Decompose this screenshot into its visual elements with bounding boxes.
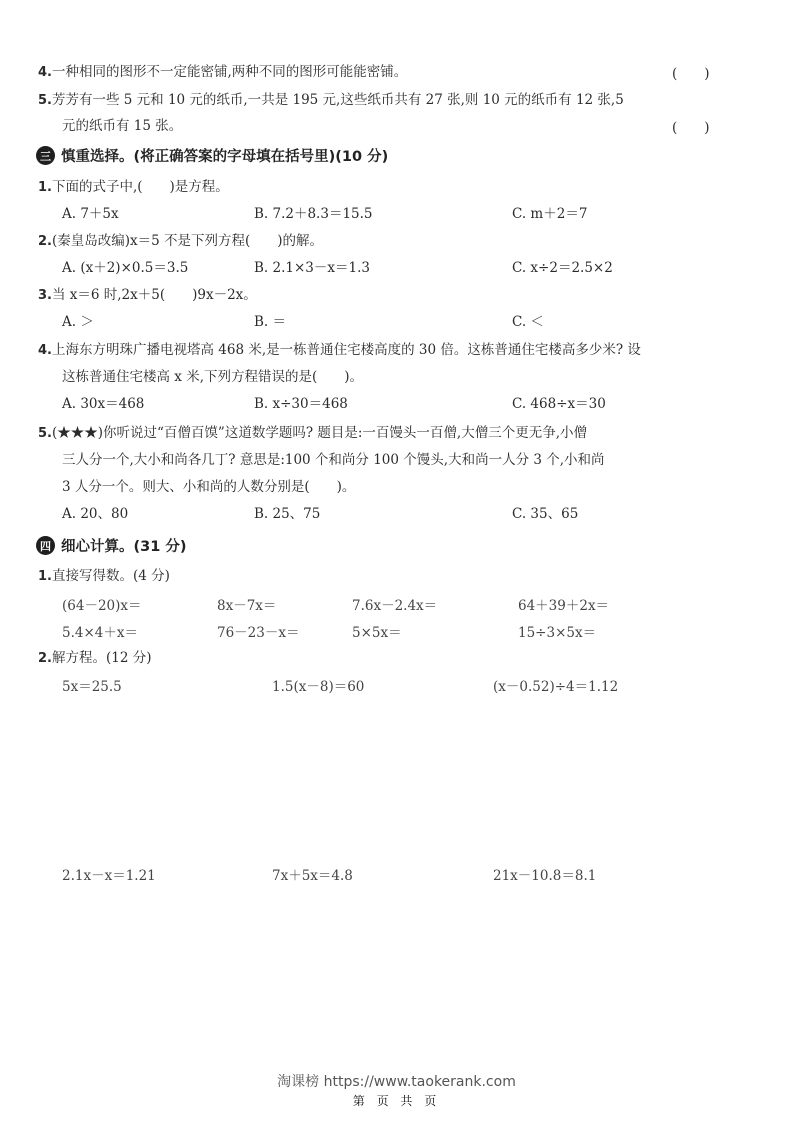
choice-question-1: 1.下面的式子中,( )是方程。 [38,177,229,198]
section-title: 细心计算。(31 分) [61,535,186,556]
option-a[interactable]: A. 30x＝468 [62,394,144,414]
question-number: 2. [38,234,52,249]
question-text-line1: 芳芳有一些 5 元和 10 元的纸币,一共是 195 元,这些纸币共有 27 张… [52,92,624,108]
mental-calc-item: 76－23－x＝ [217,621,299,641]
question-text: 下面的式子中,( )是方程。 [52,179,229,195]
option-c[interactable]: C. 468÷x＝30 [512,394,606,414]
section-4-header: 四 细心计算。(31 分) [36,535,186,556]
question-number: 5. [38,93,52,108]
equation-item: 21x－10.8＝8.1 [493,864,596,884]
section-number-badge-icon: 三 [36,146,55,165]
question-text: 一种相同的图形不一定能密铺,两种不同的图形可能能密铺。 [52,64,407,80]
section-3-header: 三 慎重选择。(将正确答案的字母填在括号里)(10 分) [36,145,388,166]
question-text: 当 x＝6 时,2x＋5( )9x－2x。 [52,287,257,303]
option-b[interactable]: B. ＝ [254,312,286,332]
option-b[interactable]: B. x÷30＝468 [254,394,348,414]
choice-question-5: 5.(★★★)你听说过“百僧百馍”这道数学题吗? 题目是:一百馒头一百僧,大僧三… [38,423,587,444]
judgment-question-5: 5.芳芳有一些 5 元和 10 元的纸币,一共是 195 元,这些纸币共有 27… [38,90,624,111]
question-number: 1. [38,569,52,584]
calc-part-2-header: 2.解方程。(12 分) [38,648,152,669]
mental-calc-item: 8x－7x＝ [217,594,276,614]
option-a[interactable]: A. 20、80 [62,504,128,524]
choice-question-2: 2.(秦皇岛改编)x＝5 不是下列方程( )的解。 [38,231,323,252]
option-a[interactable]: A. (x＋2)×0.5＝3.5 [62,258,188,278]
question-number: 2. [38,651,52,666]
question-text-line2: 三人分一个,大小和尚各几丁? 意思是:100 个和尚分 100 个馒头,大和尚一… [62,450,605,470]
option-b[interactable]: B. 25、75 [254,504,320,524]
option-c[interactable]: C. m＋2＝7 [512,204,587,224]
mental-calc-item: 5.4×4＋x＝ [62,621,138,641]
option-a[interactable]: A. 7＋5x [62,204,119,224]
answer-blank[interactable]: ( ) [672,62,710,82]
section-number-badge-icon: 四 [36,536,55,555]
question-number: 4. [38,65,52,80]
question-text: 解方程。(12 分) [52,650,152,666]
mental-calc-item: 5×5x＝ [352,621,402,641]
question-text: 直接写得数。(4 分) [52,568,170,584]
option-c[interactable]: C. 35、65 [512,504,578,524]
option-c[interactable]: C. ＜ [512,312,544,332]
answer-blank[interactable]: ( ) [672,116,710,136]
equation-item: 5x＝25.5 [62,675,122,695]
calc-part-1-header: 1.直接写得数。(4 分) [38,566,170,587]
judgment-question-4: 4.一种相同的图形不一定能密铺,两种不同的图形可能能密铺。 [38,62,407,83]
mental-calc-item: 64＋39＋2x＝ [518,594,609,614]
mental-calc-item: (64－20)x＝ [62,594,142,614]
choice-question-4: 4.上海东方明珠广播电视塔高 468 米,是一栋普通住宅楼高度的 30 倍。这栋… [38,340,641,361]
question-text-line1: (★★★)你听说过“百僧百馍”这道数学题吗? 题目是:一百馒头一百僧,大僧三个更… [52,425,587,441]
mental-calc-item: 7.6x－2.4x＝ [352,594,437,614]
mental-calc-item: 15÷3×5x＝ [518,621,596,641]
choice-question-3: 3.当 x＝6 时,2x＋5( )9x－2x。 [38,285,257,306]
question-text-line1: 上海东方明珠广播电视塔高 468 米,是一栋普通住宅楼高度的 30 倍。这栋普通… [52,342,641,358]
question-text-line2: 元的纸币有 15 张。 [62,116,182,136]
watermark-link[interactable]: 淘课榜 https://www.taokerank.com [0,1071,793,1091]
equation-item: (x－0.52)÷4＝1.12 [493,675,618,695]
equation-item: 2.1x－x＝1.21 [62,864,156,884]
section-title: 慎重选择。(将正确答案的字母填在括号里)(10 分) [61,145,388,166]
question-number: 1. [38,180,52,195]
option-a[interactable]: A. ＞ [62,312,94,332]
page-number-label: 第 页 共 页 [0,1092,793,1109]
question-number: 3. [38,288,52,303]
equation-item: 7x＋5x＝4.8 [272,864,353,884]
option-c[interactable]: C. x÷2＝2.5×2 [512,258,613,278]
question-text: (秦皇岛改编)x＝5 不是下列方程( )的解。 [52,233,323,249]
option-b[interactable]: B. 2.1×3－x＝1.3 [254,258,370,278]
question-number: 5. [38,426,52,441]
question-text-line3: 3 人分一个。则大、小和尚的人数分别是( )。 [62,477,355,497]
question-number: 4. [38,343,52,358]
equation-item: 1.5(x－8)＝60 [272,675,364,695]
question-text-line2: 这栋普通住宅楼高 x 米,下列方程错误的是( )。 [62,367,363,387]
option-b[interactable]: B. 7.2＋8.3＝15.5 [254,204,373,224]
